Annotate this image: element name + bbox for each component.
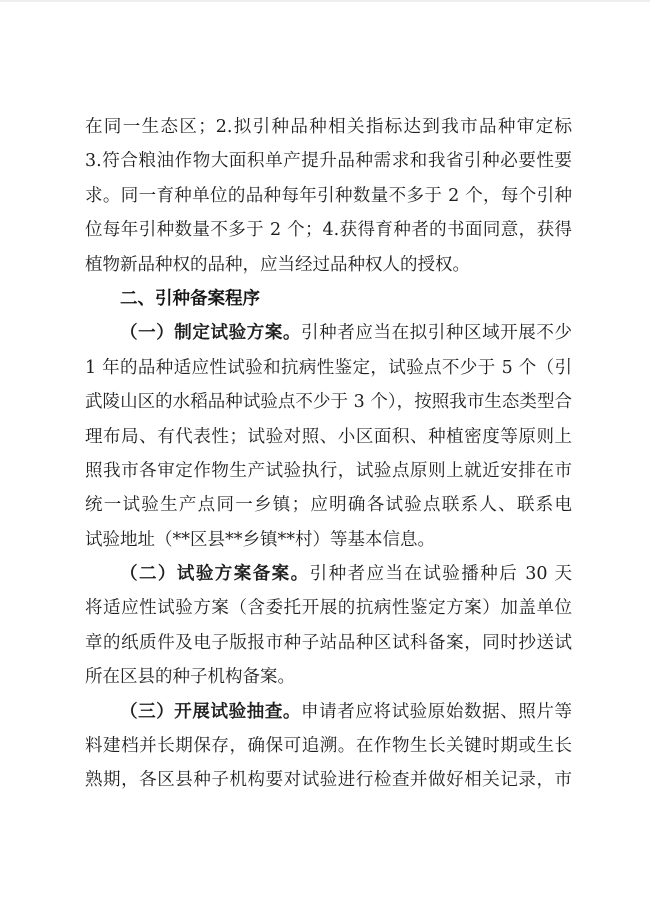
- text-line: （一）制定试验方案。引种者应当在拟引种区域开展不少于: [85, 316, 572, 350]
- text-line: 熟期，各区县种子机构要对试验进行检查并做好相关记录，市种: [85, 763, 572, 797]
- text-line: （三）开展试验抽查。申请者应将试验原始数据、照片等资: [85, 695, 572, 729]
- text-segment: 理布局、有代表性；试验对照、小区面积、种植密度等原则上参: [85, 427, 572, 454]
- section-heading-text: 二、引种备案程序: [120, 289, 260, 309]
- text-segment: 在同一生态区；2.拟引种品种相关指标达到我市品种审定标准；: [85, 117, 572, 144]
- document-body: 在同一生态区；2.拟引种品种相关指标达到我市品种审定标准；3.符合粮油作物大面积…: [85, 110, 572, 798]
- text-segment: 将适应性试验方案（含委托开展的抗病性鉴定方案）加盖单位公: [85, 598, 572, 625]
- text-segment: 料建档并长期保存，确保可追溯。在作物生长关键时期或生长成: [85, 736, 572, 763]
- text-line: 章的纸质件及电子版报市种子站品种区试科备案，同时抄送试验: [85, 626, 572, 660]
- text-line: 植物新品种权的品种，应当经过品种权人的授权。: [85, 248, 572, 282]
- text-line: 将适应性试验方案（含委托开展的抗病性鉴定方案）加盖单位公: [85, 591, 572, 625]
- paragraph-lead: （三）开展试验抽查。: [120, 702, 301, 722]
- paragraph-lead: （二）试验方案备案。: [120, 564, 310, 584]
- text-line: 3.符合粮油作物大面积单产提升品种需求和我省引种必要性要: [85, 144, 572, 178]
- text-segment: 所在区县的种子机构备案。: [85, 667, 295, 687]
- text-line: 料建档并长期保存，确保可追溯。在作物生长关键时期或生长成: [85, 729, 572, 763]
- text-line: 统一试验生产点同一乡镇；应明确各试验点联系人、联系电话、: [85, 488, 572, 522]
- text-segment: 照我市各审定作物生产试验执行，试验点原则上就近安排在市级: [85, 461, 572, 488]
- text-segment: 熟期，各区县种子机构要对试验进行检查并做好相关记录，市种: [85, 770, 572, 797]
- text-line: 在同一生态区；2.拟引种品种相关指标达到我市品种审定标准；: [85, 110, 572, 144]
- text-segment: 3.符合粮油作物大面积单产提升品种需求和我省引种必要性要: [85, 151, 572, 171]
- text-segment: 武陵山区的水稻品种试验点不少于 3 个），按照我市生态类型合: [85, 392, 572, 412]
- section-heading: 二、引种备案程序: [85, 282, 572, 316]
- page-top-edge: [0, 0, 650, 2]
- text-line: 位每年引种数量不多于 2 个；4.获得育种者的书面同意，获得: [85, 213, 572, 247]
- text-segment: 1 年的品种适应性试验和抗病性鉴定，试验点不少于 5 个（引种: [85, 358, 572, 385]
- text-line: 照我市各审定作物生产试验执行，试验点原则上就近安排在市级: [85, 454, 572, 488]
- text-line: 武陵山区的水稻品种试验点不少于 3 个），按照我市生态类型合: [85, 385, 572, 419]
- text-segment: 位每年引种数量不多于 2 个；4.获得育种者的书面同意，获得: [85, 220, 572, 240]
- text-segment: 植物新品种权的品种，应当经过品种权人的授权。: [85, 255, 470, 275]
- text-segment: 试验地址（**区县**乡镇**村）等基本信息。: [85, 530, 435, 550]
- text-segment: 求。同一育种单位的品种每年引种数量不多于 2 个，每个引种单: [85, 186, 572, 213]
- text-line: （二）试验方案备案。引种者应当在试验播种后 30 天内，: [85, 557, 572, 591]
- text-line: 理布局、有代表性；试验对照、小区面积、种植密度等原则上参: [85, 420, 572, 454]
- text-segment: 章的纸质件及电子版报市种子站品种区试科备案，同时抄送试验: [85, 633, 572, 660]
- text-line: 1 年的品种适应性试验和抗病性鉴定，试验点不少于 5 个（引种: [85, 351, 572, 385]
- text-line: 试验地址（**区县**乡镇**村）等基本信息。: [85, 523, 572, 557]
- text-segment: 统一试验生产点同一乡镇；应明确各试验点联系人、联系电话、: [85, 495, 572, 522]
- paragraph-lead: （一）制定试验方案。: [120, 323, 301, 343]
- text-line: 所在区县的种子机构备案。: [85, 660, 572, 694]
- document-page: 在同一生态区；2.拟引种品种相关指标达到我市品种审定标准；3.符合粮油作物大面积…: [0, 0, 650, 919]
- text-line: 求。同一育种单位的品种每年引种数量不多于 2 个，每个引种单: [85, 179, 572, 213]
